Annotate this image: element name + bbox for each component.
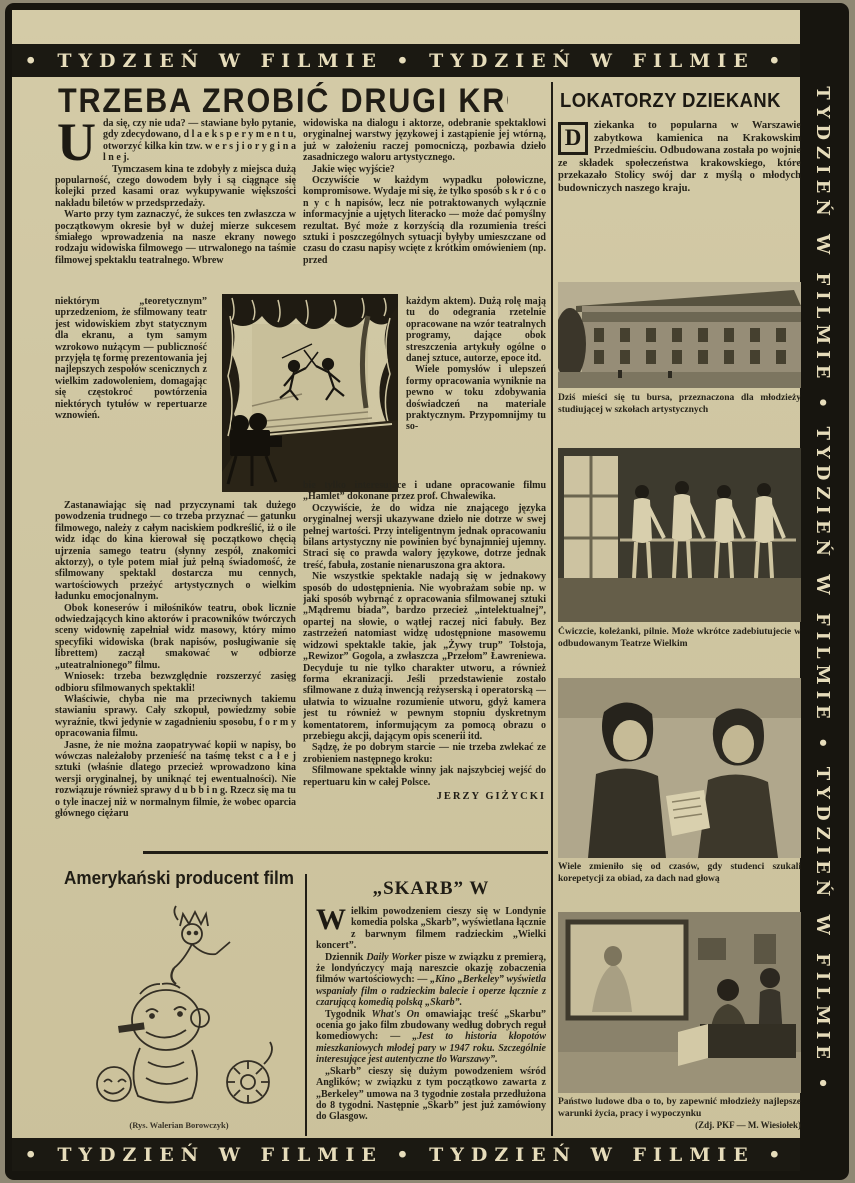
paragraph: Zastanawiając się nad przyczynami tak du… xyxy=(55,500,296,603)
article-col1-narrow: niektórym „teoretycznym” uprzedzeniom, ż… xyxy=(55,296,207,500)
photo-students-talking xyxy=(558,678,801,858)
paragraph: Tygodnik What's On omawiając treść „Skar… xyxy=(316,1009,546,1066)
photo-common-room xyxy=(558,912,801,1093)
paragraph: widowiska na dialogu i aktorze, odebrani… xyxy=(303,118,546,164)
theatre-stage-drawing xyxy=(222,294,398,492)
paragraph: ielkim powodzeniem cieszy się w Londynie… xyxy=(316,906,546,951)
paragraph: Obok koneserów i miłośników teatru, obok… xyxy=(55,603,296,671)
photo-dziekanka-building xyxy=(558,282,801,388)
paragraph: Jasne, że nie można zaopatrywać kopii w … xyxy=(55,740,296,820)
paragraph: Wiele pomysłów i ulepszeń formy opracowa… xyxy=(406,364,546,432)
skarb-title: „SKARB” W LONDYNIE xyxy=(316,878,546,902)
banner-top-text: • TYDZIEŃ W FILMIE • TYDZIEŃ W FILMIE • xyxy=(25,50,788,72)
dziekanka-title: LOKATORZY DZIEKANKI xyxy=(560,90,781,116)
banner-top: • TYDZIEŃ W FILMIE • TYDZIEŃ W FILMIE • xyxy=(12,44,800,77)
paragraph: Oczywiście, że do widza nie znającego ję… xyxy=(303,503,546,571)
paragraph: bie tylko interesujące i udane opracowan… xyxy=(303,480,546,503)
paragraph: niektórym „teoretycznym” uprzedzeniom, ż… xyxy=(55,296,207,421)
paragraph: Jakie więc wyjście? xyxy=(303,164,546,175)
article-col2-top: widowiska na dialogu i aktorze, odebrani… xyxy=(303,118,546,296)
cartoon-drawing xyxy=(88,898,288,1116)
cartoon-title: Amerykański producent filmowy xyxy=(64,868,294,892)
article-byline: JERZY GIŻYCKI xyxy=(303,791,546,802)
banner-bottom: • TYDZIEŃ W FILMIE • TYDZIEŃ W FILMIE • xyxy=(12,1138,800,1171)
dropcap-w: W xyxy=(316,906,351,933)
paragraph: Warto przy tym zaznaczyć, że sukces ten … xyxy=(55,209,296,266)
banner-side-text: TYDZIEŃ W FILMIE • TYDZIEŃ W FILMIE • TY… xyxy=(800,10,845,1171)
banner-side: TYDZIEŃ W FILMIE • TYDZIEŃ W FILMIE • TY… xyxy=(800,10,845,1171)
photo-caption-4: Państwo ludowe dba o to, by zapewnić mło… xyxy=(558,1096,801,1120)
article-col1-top: Uda się, czy nie uda? — stawiane było py… xyxy=(55,118,296,296)
photo-caption-3: Wiele zmieniło się od czasów, gdy studen… xyxy=(558,861,801,889)
column-rule-main xyxy=(551,82,553,1136)
photo-caption-2: Ćwiczcie, koleżanki, pilnie. Może wkrótc… xyxy=(558,626,801,654)
paragraph: Sądzę, że po dobrym starcie — nie trzeba… xyxy=(303,742,546,765)
photo-caption-1: Dziś mieści się tu bursa, przeznaczona d… xyxy=(558,392,801,420)
dropcap-d: D xyxy=(558,122,588,155)
paragraph: Dziennik Daily Worker pisze w związku z … xyxy=(316,952,546,1009)
skarb-article: Wielkim powodzeniem cieszy się w Londyni… xyxy=(316,906,546,1138)
article-col2-narrow: każdym aktem). Dużą rolę mają tu do odeg… xyxy=(406,296,546,480)
photo-caption-4-block: Państwo ludowe dba o to, by zapewnić mło… xyxy=(558,1096,801,1138)
banner-bottom-text: • TYDZIEŃ W FILMIE • TYDZIEŃ W FILMIE • xyxy=(25,1144,788,1166)
newspaper-page: • TYDZIEŃ W FILMIE • TYDZIEŃ W FILMIE • … xyxy=(0,0,855,1183)
dziekanka-intro: Dziekanka to popularna w Warszawie zabyt… xyxy=(558,120,801,280)
paragraph: każdym aktem). Dużą rolę mają tu do odeg… xyxy=(406,296,546,364)
paragraph: „Skarb” cieszy się dużym powodzeniem wśr… xyxy=(316,1066,546,1123)
photo-ballet-practice xyxy=(558,448,801,622)
dropcap-u: U xyxy=(55,118,103,164)
paragraph: Wniosek: trzeba bezwzględnie rozszerzyć … xyxy=(55,671,296,694)
main-headline: TRZEBA ZROBIĆ DRUGI KROK xyxy=(58,82,508,120)
paragraph: Oczywiście w każdym wypadku połowiczne, … xyxy=(303,175,546,266)
article-col1-bottom: Zastanawiając się nad przyczynami tak du… xyxy=(55,500,296,852)
photo-credit: (Zdj. PKF — M. Wiesiołek) xyxy=(558,1120,801,1130)
paragraph: Właściwie, chyba nie ma przeciwnych taki… xyxy=(55,694,296,740)
paragraph: ziekanka to popularna w Warszawie zabytk… xyxy=(558,120,801,194)
skarb-left-rule xyxy=(305,874,307,1136)
article-closing-statement: Sfilmowane spektakle winny jak najszybci… xyxy=(303,765,546,788)
theatre-stage-illustration xyxy=(222,294,398,492)
article-col2-bottom: bie tylko interesujące i udane opracowan… xyxy=(303,480,546,852)
cartoon-credit: (Rys. Walerian Borowczyk) xyxy=(58,1120,300,1134)
paragraph: Nie wszystkie spektakle nadają się w jed… xyxy=(303,571,546,742)
paragraph: da się, czy nie uda? — stawiane było pyt… xyxy=(103,118,296,163)
